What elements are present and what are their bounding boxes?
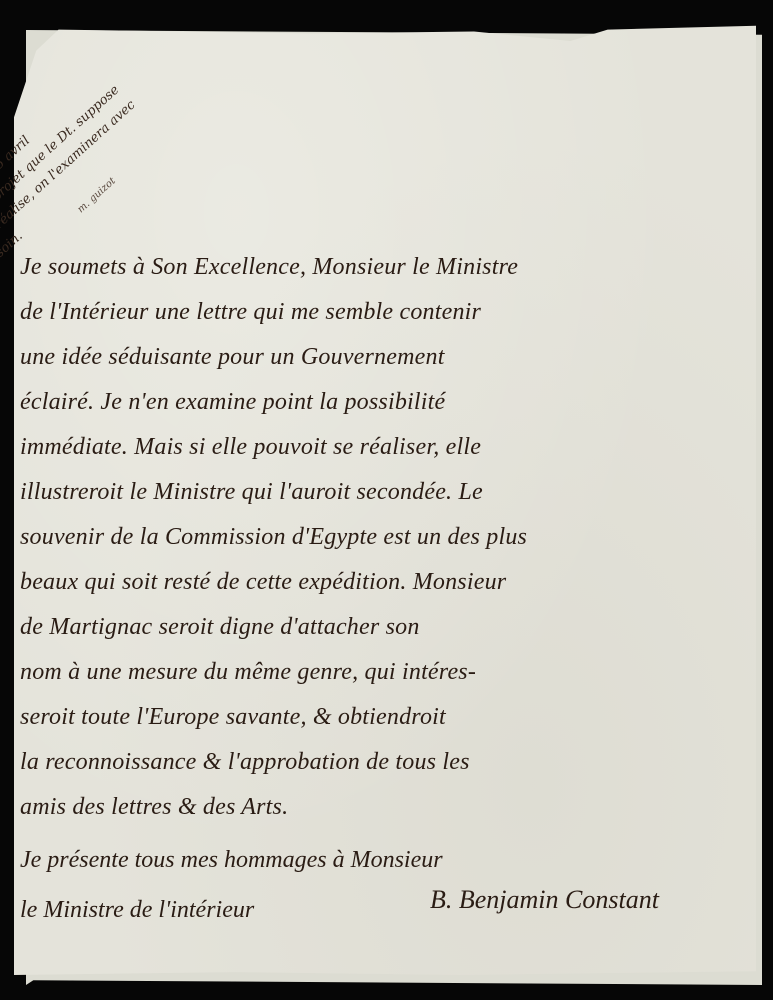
body-line: seroit toute l'Europe savante, & obtiend… [20, 695, 740, 740]
signature: B. Benjamin Constant [430, 885, 659, 915]
body-line: amis des lettres & des Arts. [20, 785, 740, 830]
body-line: immédiate. Mais si elle pouvoit se réali… [20, 425, 740, 470]
body-line: beaux qui soit resté de cette expédition… [20, 560, 740, 605]
body-line: de Martignac seroit digne d'attacher son [20, 605, 740, 650]
body-line: éclairé. Je n'en examine point la possib… [20, 380, 740, 425]
letter-body: Je soumets à Son Excellence, Monsieur le… [20, 245, 740, 830]
body-line: Je soumets à Son Excellence, Monsieur le… [20, 245, 740, 290]
body-line: nom à une mesure du même genre, qui inté… [20, 650, 740, 695]
body-line: de l'Intérieur une lettre qui me semble … [20, 290, 740, 335]
closing-line: Je présente tous mes hommages à Monsieur [20, 835, 740, 885]
body-line: la reconnoissance & l'approbation de tou… [20, 740, 740, 785]
body-line: illustreroit le Ministre qui l'auroit se… [20, 470, 740, 515]
body-line: une idée séduisante pour un Gouvernement [20, 335, 740, 380]
body-line: souvenir de la Commission d'Egypte est u… [20, 515, 740, 560]
